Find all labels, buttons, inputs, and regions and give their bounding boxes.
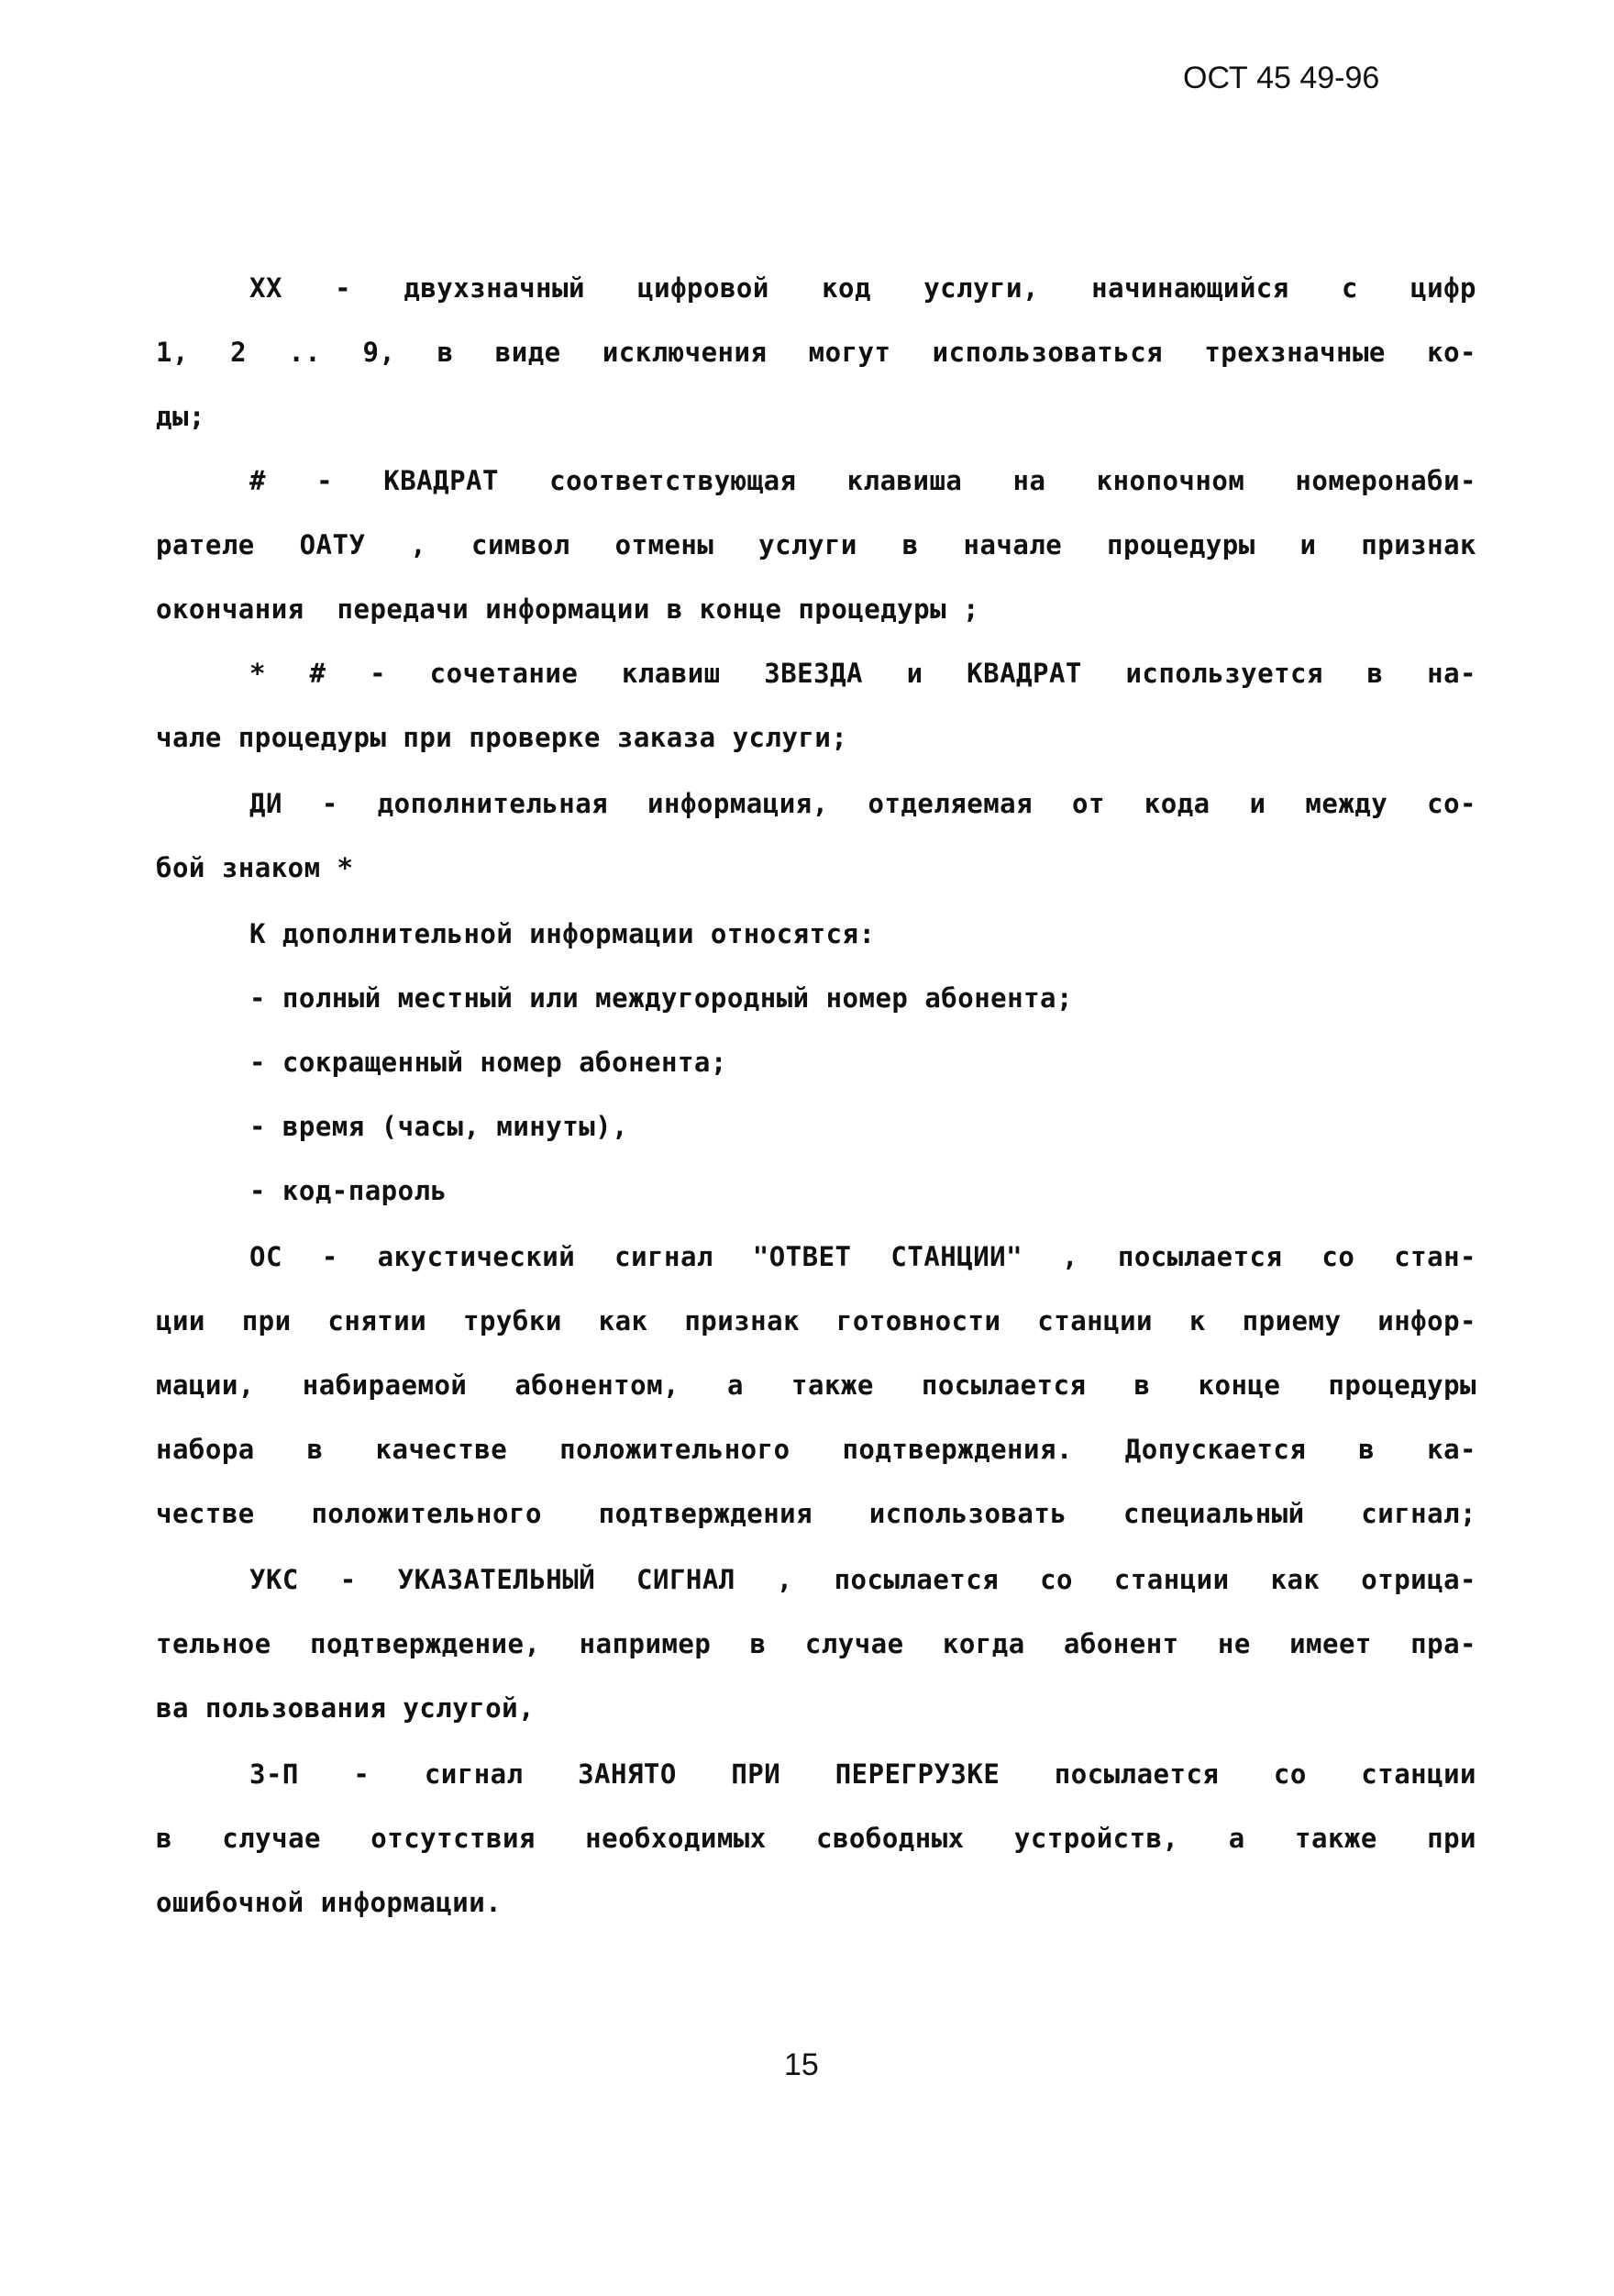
paragraph-os-line-4: набора в качестве положительного подтвер… bbox=[156, 1436, 1476, 1463]
paragraph-xx-line-2: 1, 2 .. 9, в виде исключения могут испол… bbox=[156, 339, 1476, 366]
di-list-item: - код-пароль bbox=[249, 1178, 448, 1204]
paragraph-zp-line-2: в случае отсутствия необходимых свободны… bbox=[156, 1825, 1476, 1852]
paragraph-os-line-2: ции при снятии трубки как признак готовн… bbox=[156, 1308, 1476, 1335]
paragraph-zp-line-1: З-П - сигнал ЗАНЯТО ПРИ ПЕРЕГРУЗКЕ посыл… bbox=[249, 1761, 1476, 1788]
paragraph-uks-line-1: УКС - УКАЗАТЕЛЬНЫЙ СИГНАЛ , посылается с… bbox=[249, 1567, 1476, 1593]
paragraph-uks-line-2: тельное подтверждение, например в случае… bbox=[156, 1631, 1476, 1658]
paragraph-uks-line-3: ва пользования услугой, bbox=[156, 1695, 535, 1722]
paragraph-star-hash-line-1: * # - сочетание клавиш ЗВЕЗДА и КВАДРАТ … bbox=[249, 660, 1476, 687]
paragraph-hash-line-3: окончания передачи информации в конце пр… bbox=[156, 596, 979, 623]
paragraph-xx-line-1: XX - двухзначный цифровой код услуги, на… bbox=[249, 275, 1476, 302]
paragraph-di-line-1: ДИ - дополнительная информация, отделяем… bbox=[249, 791, 1476, 817]
di-list-item: - сокращенный номер абонента; bbox=[249, 1049, 727, 1076]
di-list-intro: К дополнительной информации относятся: bbox=[249, 921, 875, 948]
paragraph-hash-line-1: # - КВАДРАТ соответствующая клавиша на к… bbox=[249, 468, 1476, 494]
document-code-header: ОСТ 45 49-96 bbox=[1183, 61, 1379, 96]
paragraph-os-line-5: честве положительного подтверждения испо… bbox=[156, 1501, 1476, 1527]
page-number: 15 bbox=[784, 2047, 819, 2083]
paragraph-di-line-2: бой знаком * bbox=[156, 855, 354, 882]
paragraph-star-hash-line-2: чале процедуры при проверке заказа услуг… bbox=[156, 725, 847, 751]
di-list-item: - время (часы, минуты), bbox=[249, 1114, 628, 1140]
paragraph-os-line-1: ОС - акустический сигнал "ОТВЕТ СТАНЦИИ"… bbox=[249, 1244, 1476, 1270]
paragraph-os-line-3: мации, набираемой абонентом, а также пос… bbox=[156, 1372, 1476, 1399]
paragraph-zp-line-3: ошибочной информации. bbox=[156, 1890, 502, 1916]
di-list-item: - полный местный или междугородный номер… bbox=[249, 985, 1073, 1012]
paragraph-xx-line-3: ды; bbox=[156, 404, 205, 430]
paragraph-hash-line-2: рателе ОАТУ , символ отмены услуги в нач… bbox=[156, 532, 1476, 559]
